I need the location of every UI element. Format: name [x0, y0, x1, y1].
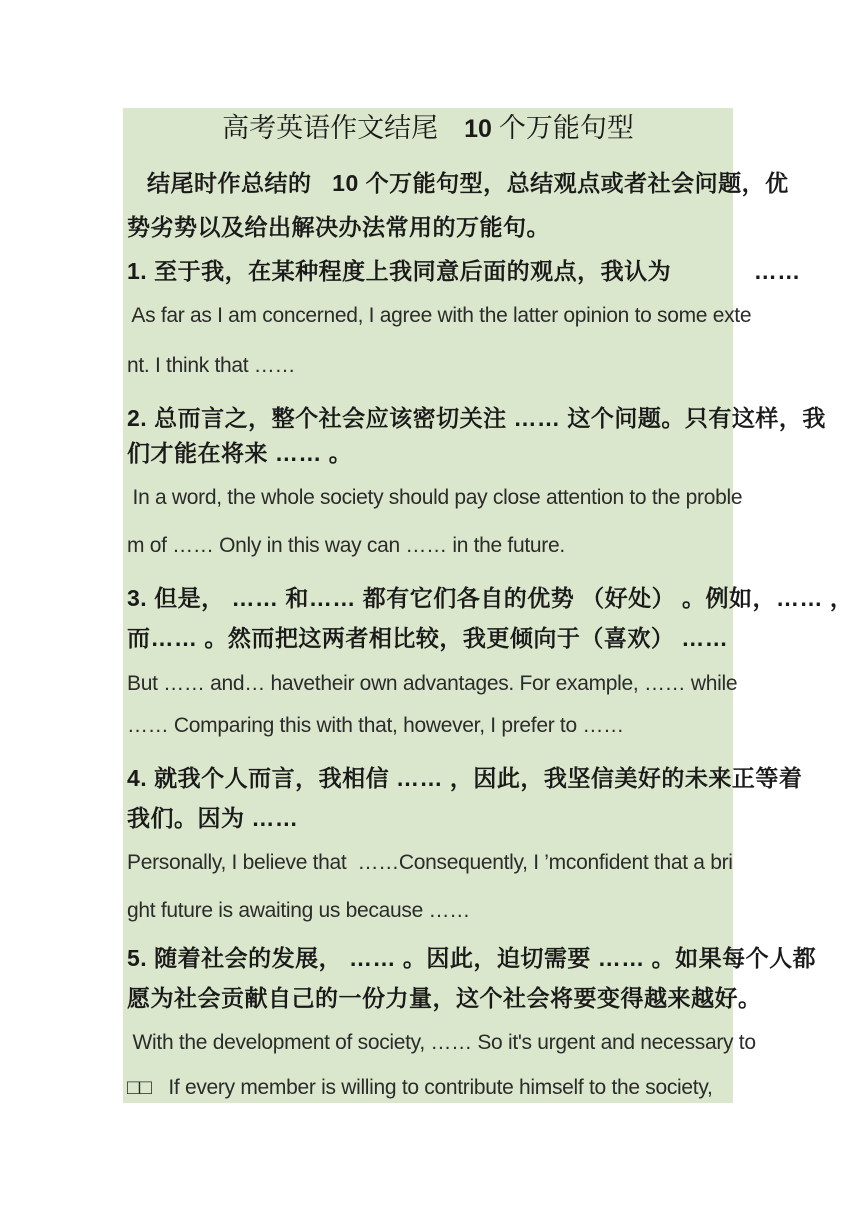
- intro-line-2: 势劣势以及给出解决办法常用的万能句。: [127, 212, 550, 242]
- title-text-prefix: 高考英语作文结尾: [222, 113, 438, 143]
- title-number: 10: [464, 115, 492, 143]
- title-text-suffix: 个万能句型: [499, 113, 634, 143]
- section-4-chinese-line-2: 我们。因为 ……: [127, 803, 298, 833]
- section-4-chinese-line-1: 4. 就我个人而言，我相信 …… ，因此，我坚信美好的未来正等着: [127, 763, 802, 793]
- section-3-english-line-2: …… Comparing this with that, however, I …: [127, 711, 624, 741]
- section-5-english-line-2: □□ If every member is willing to contrib…: [127, 1073, 713, 1103]
- section-1-english-line-1: As far as I am concerned, I agree with t…: [127, 301, 751, 331]
- intro-line-1: 结尾时作总结的 10 个万能句型，总结观点或者社会问题，优: [147, 168, 789, 198]
- section-1-chinese-line-1: 1. 至于我，在某种程度上我同意后面的观点，我认为 ……: [127, 256, 801, 286]
- section-3-chinese-line-1: 3. 但是， …… 和…… 都有它们各自的优势 （好处） 。例如，…… ，: [127, 583, 853, 613]
- section-4-english-line-1: Personally, I believe that ……Consequentl…: [127, 848, 733, 878]
- section-5-chinese-line-1: 5. 随着社会的发展， …… 。因此，迫切需要 …… 。如果每个人都: [127, 943, 816, 973]
- section-1-english-line-2: nt. I think that ……: [127, 351, 295, 381]
- section-5-chinese-line-2: 愿为社会贡献自己的一份力量，这个社会将要变得越来越好。: [127, 983, 762, 1013]
- section-2-chinese-line-2: 们才能在将来 …… 。: [127, 438, 352, 468]
- section-5-english-line-1: With the development of society, …… So i…: [127, 1028, 756, 1058]
- section-2-chinese-line-1: 2. 总而言之，整个社会应该密切关注 …… 这个问题。只有这样，我: [127, 403, 826, 433]
- section-4-english-line-2: ght future is awaiting us because ……: [127, 896, 470, 926]
- document-page: 高考英语作文结尾10个万能句型 结尾时作总结的 10 个万能句型，总结观点或者社…: [0, 0, 860, 1218]
- section-2-english-line-2: m of …… Only in this way can …… in the f…: [127, 531, 565, 561]
- section-3-chinese-line-2: 而…… 。然而把这两者相比较，我更倾向于（喜欢） ……: [127, 623, 728, 653]
- section-3-english-line-1: But …… and… havetheir own advantages. Fo…: [127, 669, 737, 699]
- document-content-area: 高考英语作文结尾10个万能句型 结尾时作总结的 10 个万能句型，总结观点或者社…: [123, 108, 733, 1103]
- section-2-english-line-1: In a word, the whole society should pay …: [127, 483, 742, 513]
- document-title: 高考英语作文结尾10个万能句型: [123, 110, 733, 147]
